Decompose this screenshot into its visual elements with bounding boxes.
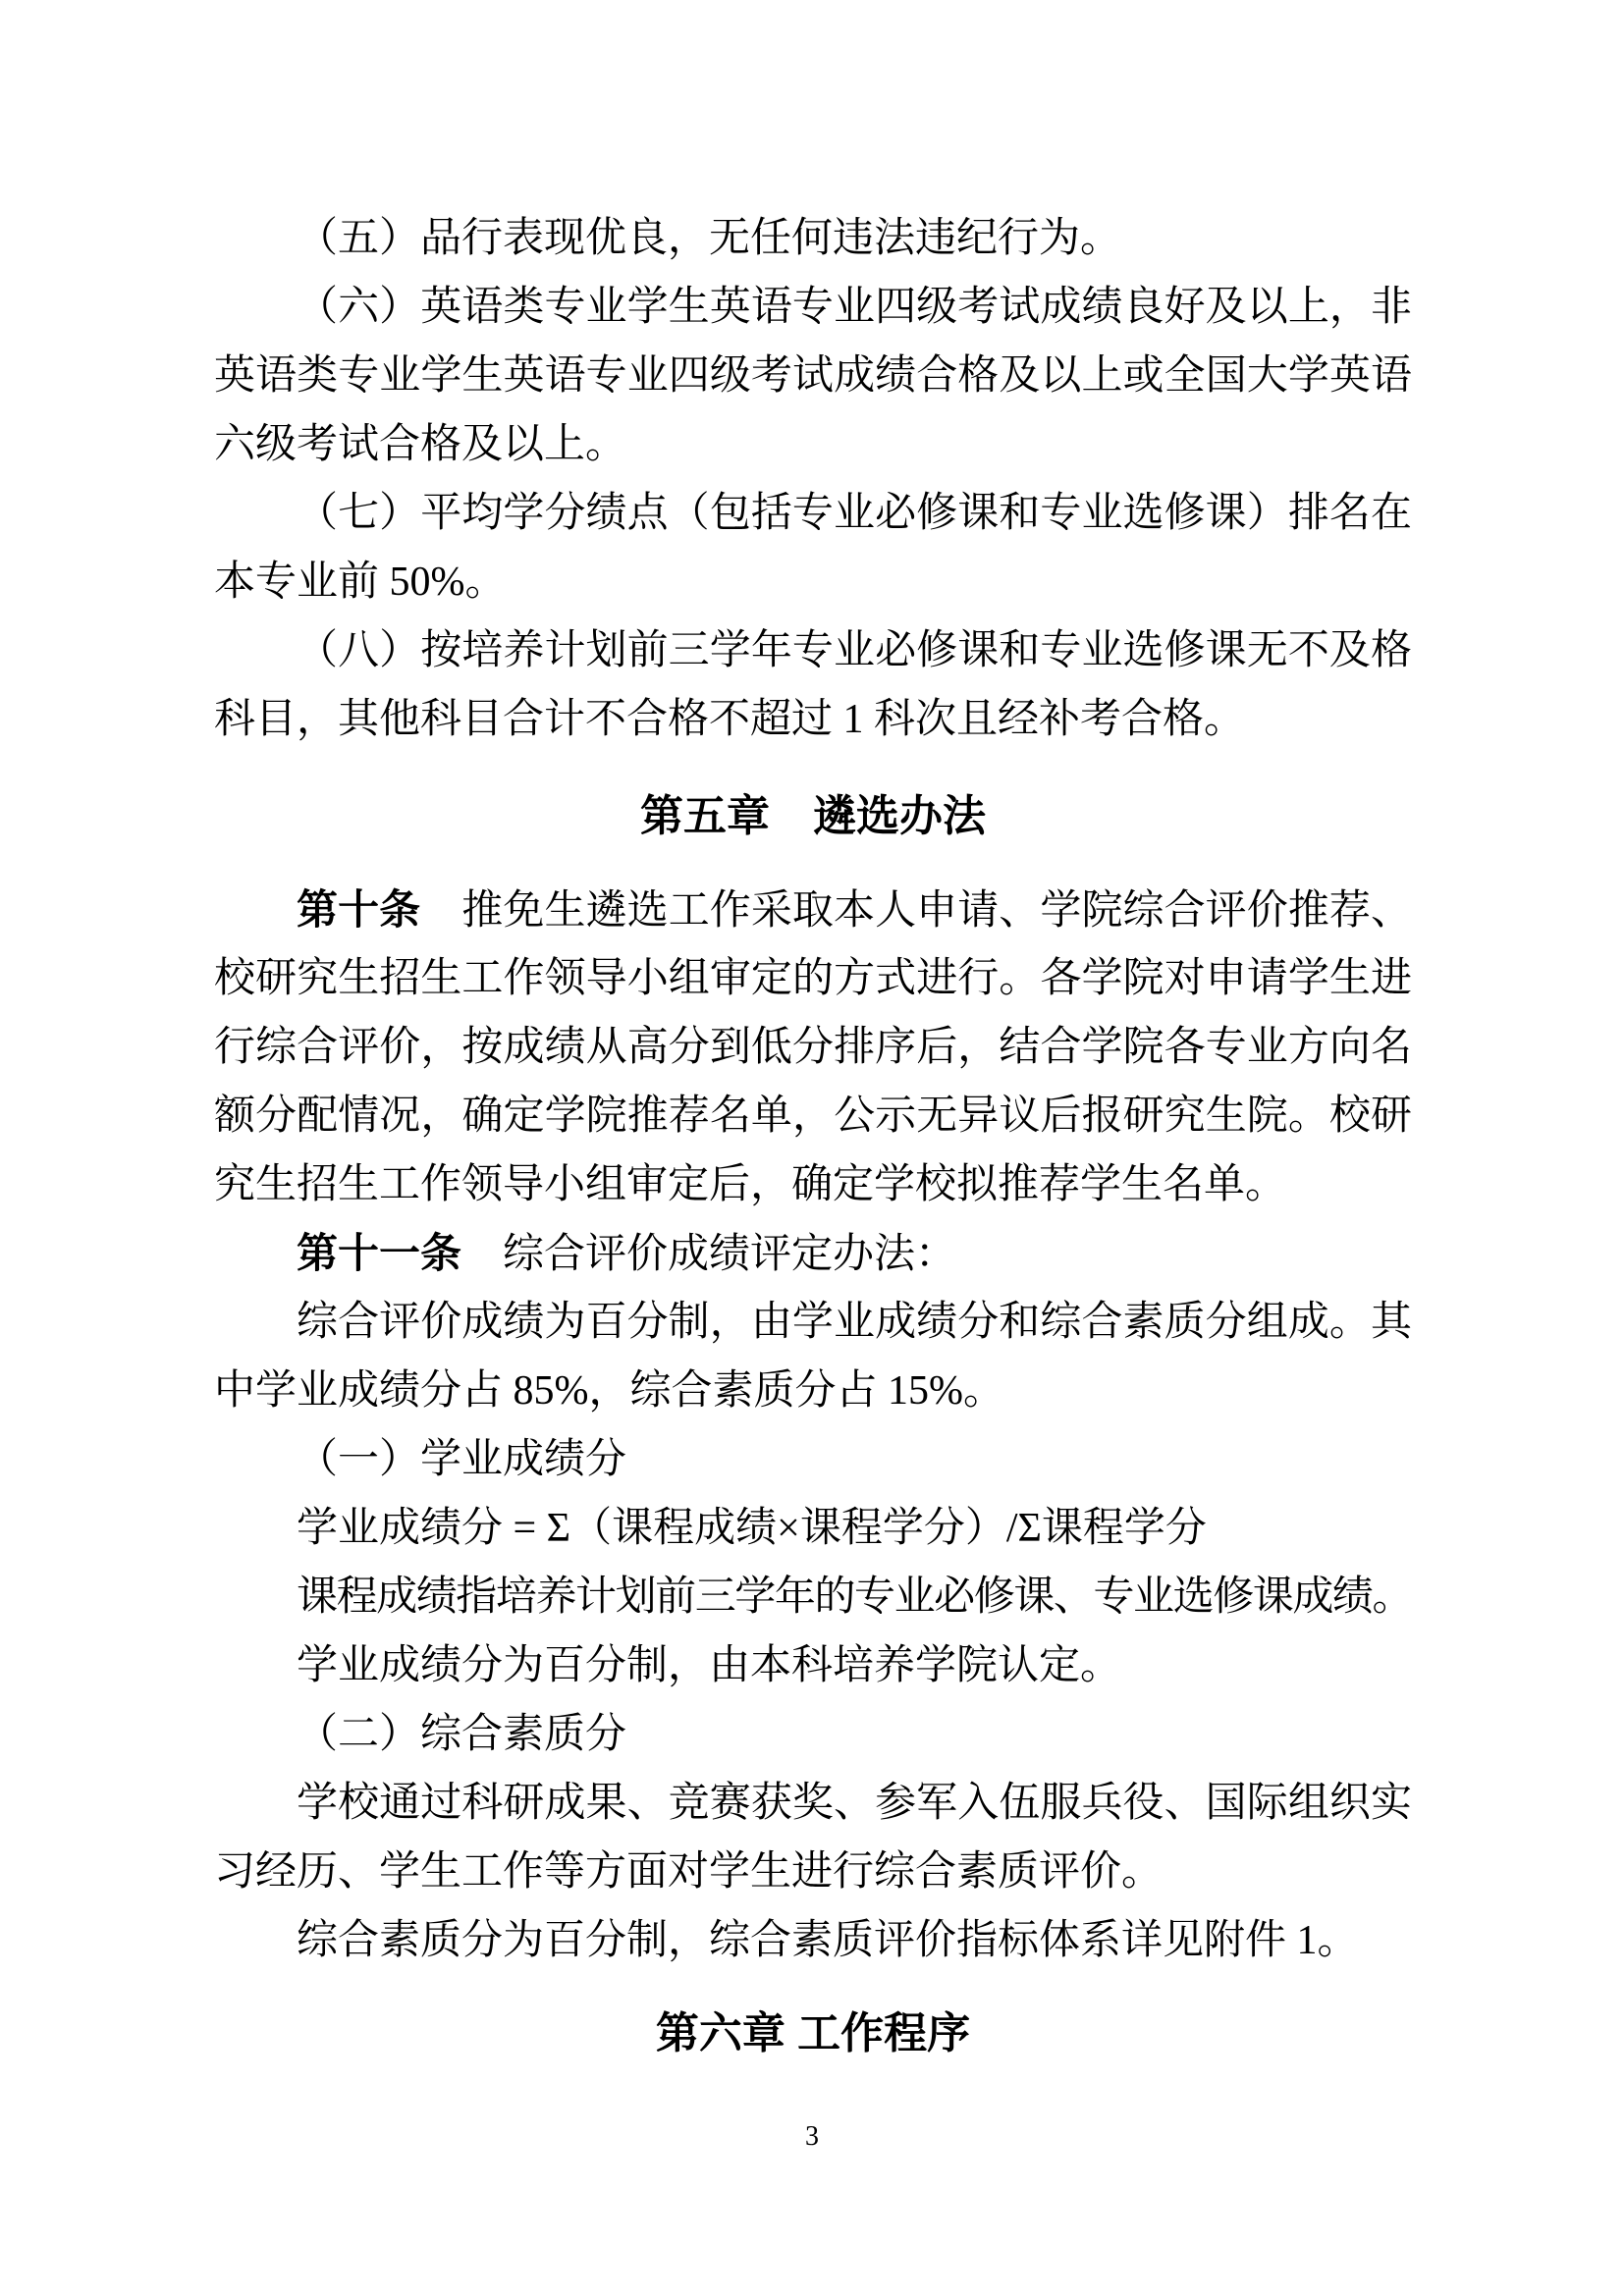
body-line: 校研究生招生工作领导小组审定的方式进行。各学院对申请学生进 [214, 944, 1412, 1013]
page-number: 3 [0, 2117, 1624, 2157]
body-line: 英语类专业学生英语专业四级考试成绩合格及以上或全国大学英语 [214, 342, 1412, 410]
body-line: 综合素质分为百分制，综合素质评价指标体系详见附件 1。 [214, 1906, 1412, 1975]
body-line: 中学业成绩分占 85%，综合素质分占 15%。 [214, 1357, 1412, 1425]
body-line: （六）英语类专业学生英语专业四级考试成绩良好及以上，非 [214, 273, 1412, 342]
article-11-label: 第十一条 [297, 1230, 461, 1276]
body-line: 六级考试合格及以上。 [214, 410, 1412, 479]
body-line: 究生招生工作领导小组审定后，确定学校拟推荐学生名单。 [214, 1150, 1412, 1219]
document-page: （五）品行表现优良，无任何违法违纪行为。 （六）英语类专业学生英语专业四级考试成… [0, 0, 1624, 2296]
chapter-6-heading: 第六章 工作程序 [214, 2000, 1412, 2068]
formula-line: 学业成绩分 = Σ（课程成绩×课程学分）/Σ课程学分 [214, 1494, 1412, 1563]
body-line: （二）综合素质分 [214, 1700, 1412, 1769]
body-line: （八）按培养计划前三学年专业必修课和专业选修课无不及格 [214, 616, 1412, 685]
body-line: 综合评价成绩为百分制，由学业成绩分和综合素质分组成。其 [214, 1288, 1412, 1357]
body-line: （七）平均学分绩点（包括专业必修课和专业选修课）排名在 [214, 479, 1412, 548]
body-line: 科目，其他科目合计不合格不超过 1 科次且经补考合格。 [214, 685, 1412, 754]
body-line: 本专业前 50%。 [214, 548, 1412, 616]
article-11-text: 综合评价成绩评定办法： [461, 1232, 956, 1277]
article-10-text: 推免生遴选工作采取本人申请、学院综合评价推荐、 [420, 888, 1412, 934]
body-line: （一）学业成绩分 [214, 1425, 1412, 1494]
body-line: 额分配情况，确定学院推荐名单，公示无异议后报研究生院。校研 [214, 1082, 1412, 1150]
body-line: 课程成绩指培养计划前三学年的专业必修课、专业选修课成绩。 [214, 1563, 1412, 1631]
page-content: （五）品行表现优良，无任何违法违纪行为。 （六）英语类专业学生英语专业四级考试成… [0, 0, 1624, 2068]
body-line: （五）品行表现优良，无任何违法违纪行为。 [214, 204, 1412, 273]
body-line: 第十条 推免生遴选工作采取本人申请、学院综合评价推荐、 [214, 876, 1412, 944]
body-line: 习经历、学生工作等方面对学生进行综合素质评价。 [214, 1838, 1412, 1906]
chapter-5-heading: 第五章 遴选办法 [214, 782, 1412, 851]
body-line: 学业成绩分为百分制，由本科培养学院认定。 [214, 1631, 1412, 1700]
article-10-label: 第十条 [297, 886, 420, 933]
body-line: 第十一条 综合评价成绩评定办法： [214, 1219, 1412, 1288]
body-line: 学校通过科研成果、竞赛获奖、参军入伍服兵役、国际组织实 [214, 1769, 1412, 1838]
body-line: 行综合评价，按成绩从高分到低分排序后，结合学院各专业方向名 [214, 1013, 1412, 1082]
